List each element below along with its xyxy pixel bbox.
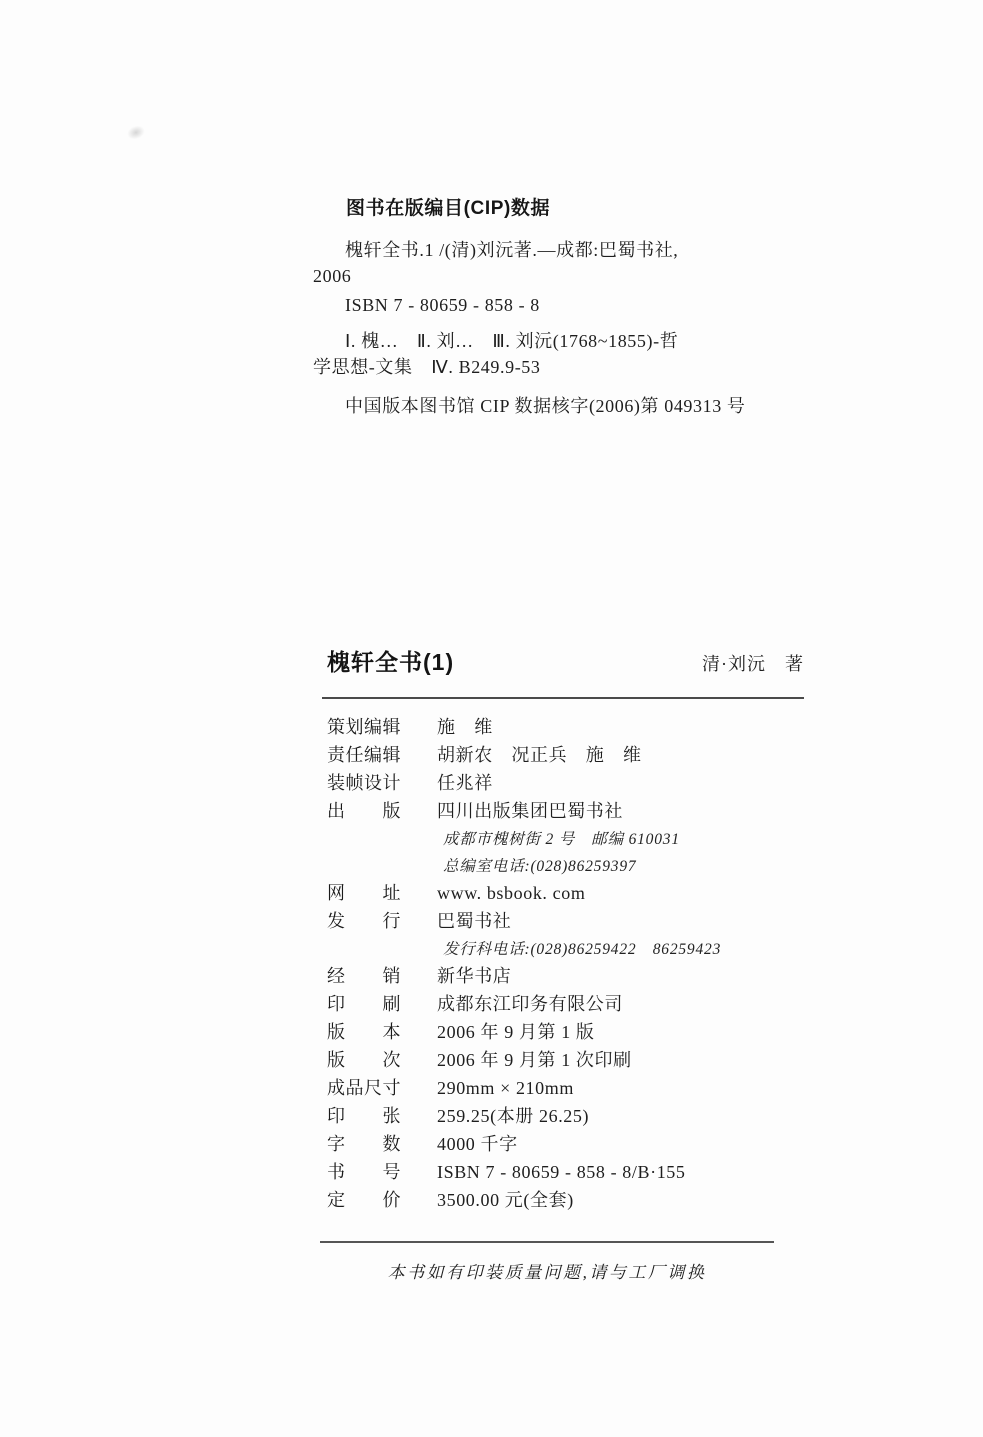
- colophon-row-seller: 经 销 新华书店: [327, 965, 857, 987]
- cip-line-year: 2006: [313, 263, 818, 289]
- colophon-row-impression: 版 次 2006 年 9 月第 1 次印刷: [327, 1049, 857, 1071]
- colophon-label: 版 本: [327, 1021, 403, 1043]
- colophon-row-binding-design: 装帧设计 任兆祥: [327, 772, 857, 794]
- colophon-value: 3500.00 元(全套): [437, 1189, 574, 1211]
- book-title: 槐轩全书(1): [327, 644, 454, 677]
- colophon-label: 版 次: [327, 1049, 403, 1071]
- colophon-value: 259.25(本册 26.25): [437, 1105, 589, 1127]
- cip-line-title: 槐轩全书.1 /(清)刘沅著.—成都:巴蜀书社,: [313, 237, 818, 263]
- colophon-value: ISBN 7 - 80659 - 858 - 8/B·155: [437, 1161, 686, 1183]
- colophon-label: 字 数: [327, 1133, 403, 1155]
- cip-line-isbn: ISBN 7 - 80659 - 858 - 8: [313, 292, 818, 318]
- cip-line-classification-1: Ⅰ. 槐… Ⅱ. 刘… Ⅲ. 刘沅(1768~1855)-哲: [313, 328, 818, 354]
- colophon-value: 4000 千字: [437, 1133, 518, 1155]
- scan-artifact: [125, 123, 146, 141]
- colophon-label: 发 行: [327, 910, 403, 932]
- colophon-value: 新华书店: [437, 965, 511, 987]
- colophon-label: 经 销: [327, 965, 403, 987]
- colophon-row-printed-sheets: 印 张 259.25(本册 26.25): [327, 1105, 857, 1127]
- colophon-value: 胡新农 况正兵 施 维: [437, 744, 642, 766]
- colophon-label: 印 刷: [327, 993, 403, 1015]
- colophon-row-price: 定 价 3500.00 元(全套): [327, 1189, 857, 1211]
- title-divider-rule: [322, 697, 804, 699]
- colophon-label: 网 址: [327, 882, 403, 904]
- colophon-label: 策划编辑: [327, 716, 403, 738]
- colophon-value: 巴蜀书社: [437, 910, 511, 932]
- colophon-block: 策划编辑 施 维 责任编辑 胡新农 况正兵 施 维 装帧设计 任兆祥 出 版 四…: [327, 716, 857, 1217]
- colophon-label: 责任编辑: [327, 744, 403, 766]
- colophon-row-printer: 印 刷 成都东江印务有限公司: [327, 993, 857, 1015]
- quality-exchange-note: 本书如有印装质量问题,请与工厂调换: [320, 1258, 774, 1283]
- cip-block: 图书在版编目(CIP)数据 槐轩全书.1 /(清)刘沅著.—成都:巴蜀书社, 2…: [313, 196, 818, 419]
- colophon-row-responsible-editor: 责任编辑 胡新农 况正兵 施 维: [327, 744, 857, 766]
- publisher-address: 成都市槐树街 2 号 邮编 610031: [443, 828, 857, 851]
- publisher-phone: 总编室电话:(028)86259397: [443, 855, 857, 878]
- colophon-value: 成都东江印务有限公司: [437, 993, 623, 1015]
- footer-divider-rule: [320, 1241, 774, 1243]
- colophon-value: 任兆祥: [437, 772, 493, 794]
- colophon-label: 成品尺寸: [327, 1077, 403, 1099]
- cip-line-classification-2: 学思想-文集 Ⅳ. B249.9-53: [313, 354, 818, 380]
- colophon-row-website: 网 址 www. bsbook. com: [327, 882, 857, 904]
- colophon-value: 2006 年 9 月第 1 次印刷: [437, 1049, 632, 1071]
- colophon-value: 四川出版集团巴蜀书社: [437, 800, 623, 822]
- distribution-phone: 发行科电话:(028)86259422 86259423: [443, 938, 857, 961]
- colophon-label: 书 号: [327, 1161, 403, 1183]
- cip-record-number: 中国版本图书馆 CIP 数据核字(2006)第 049313 号: [313, 393, 818, 419]
- book-author: 清·刘沅 著: [702, 650, 804, 676]
- colophon-value: 施 维: [437, 716, 493, 738]
- colophon-row-publisher: 出 版 四川出版集团巴蜀书社: [327, 800, 857, 822]
- colophon-row-distributor: 发 行 巴蜀书社: [327, 910, 857, 932]
- colophon-label: 出 版: [327, 800, 403, 822]
- colophon-label: 装帧设计: [327, 772, 403, 794]
- title-row: 槐轩全书(1) 清·刘沅 著: [327, 644, 804, 677]
- colophon-label: 定 价: [327, 1189, 403, 1211]
- colophon-row-word-count: 字 数 4000 千字: [327, 1133, 857, 1155]
- colophon-row-trim-size: 成品尺寸 290mm × 210mm: [327, 1077, 857, 1099]
- colophon-row-planning-editor: 策划编辑 施 维: [327, 716, 857, 738]
- colophon-value: 2006 年 9 月第 1 版: [437, 1021, 595, 1043]
- scanned-copyright-page: 图书在版编目(CIP)数据 槐轩全书.1 /(清)刘沅著.—成都:巴蜀书社, 2…: [0, 0, 983, 1437]
- colophon-label: 印 张: [327, 1105, 403, 1127]
- colophon-value-website: www. bsbook. com: [437, 882, 585, 904]
- colophon-value: 290mm × 210mm: [437, 1077, 574, 1099]
- colophon-row-edition: 版 本 2006 年 9 月第 1 版: [327, 1021, 857, 1043]
- colophon-row-book-number: 书 号 ISBN 7 - 80659 - 858 - 8/B·155: [327, 1161, 857, 1183]
- cip-header: 图书在版编目(CIP)数据: [346, 196, 818, 222]
